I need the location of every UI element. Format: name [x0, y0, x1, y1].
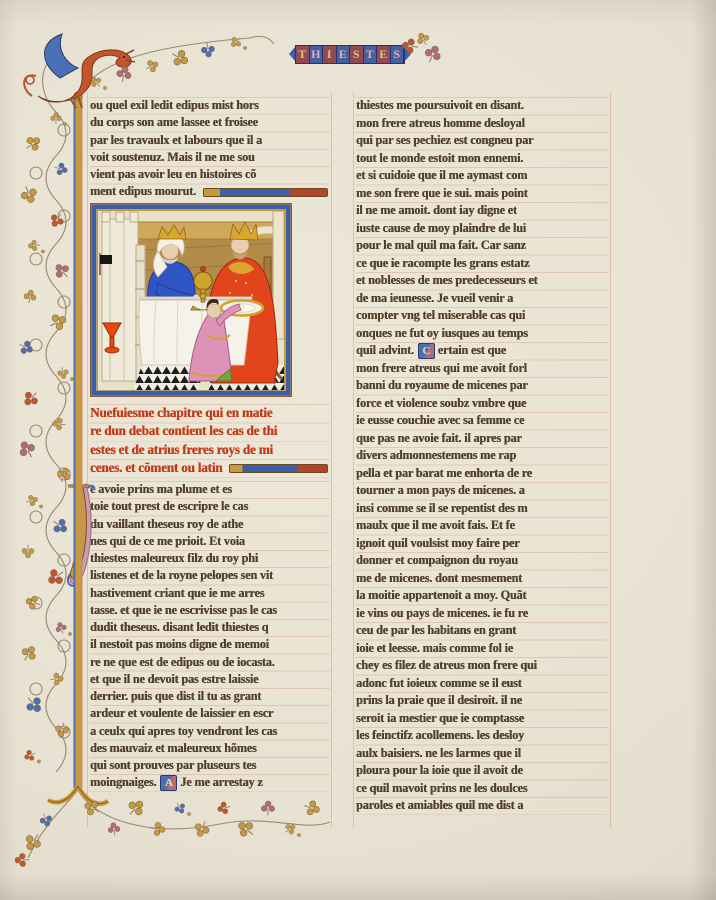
text-line: et que il ne devoit pas estre laissie	[90, 671, 330, 688]
text-line-part: quil advint.	[356, 342, 414, 360]
text-line: ardeur et voulente de laissier en escr	[90, 705, 330, 722]
title-letter: S	[391, 46, 405, 63]
column-rule	[331, 92, 332, 828]
text-line: ment edipus mourut.	[90, 183, 330, 200]
text-line: me son frere que ie sui. mais point	[356, 185, 608, 203]
text-line: listenes et de la royne pelopes sen vit	[90, 567, 330, 584]
text-line: e avoie prins ma plume et es	[90, 481, 330, 498]
text-line: toie tout prest de escripre le cas	[90, 498, 330, 515]
text-line: me de micenes. dont mesmement	[356, 570, 608, 588]
text-line: de ma ieunesse. Je vueil venir a	[356, 290, 608, 308]
rubric-line-part: cenes. et cõment ou latin	[90, 459, 222, 477]
column-rule	[87, 92, 88, 828]
text-line-part: ment edipus mourut.	[90, 183, 196, 200]
text-line: ce quil mavoit prins ne les doulces	[356, 780, 608, 798]
miniature-back-wall	[118, 239, 284, 325]
text-line: ie eusse couchie avec sa femme ce	[356, 412, 608, 430]
text-line: mon frere atreus homme desloyal	[356, 115, 608, 133]
miniature-flag	[100, 253, 112, 275]
rubric-line: estes et de atrius freres roys de mi	[90, 441, 330, 459]
text-line-part: Je me arrestay z	[180, 774, 262, 791]
miniature-canopy	[118, 211, 284, 339]
text-line: que pas ne avoie fait. il apres par	[356, 430, 608, 448]
text-line: tasse. et que ie ne escrivisse pas le ca…	[90, 602, 330, 619]
text-line: re ne que est de edipus ou de iocasta.	[90, 654, 330, 671]
left-column-opening: ou quel exil ledit edipus mist horsdu co…	[90, 97, 330, 201]
manuscript-page: THIESTES ou quel exil ledit edipus mist …	[0, 0, 716, 900]
text-line: du vaillant theseus roy de athe	[90, 516, 330, 533]
text-line: chey es filez de atreus mon frere qui	[356, 657, 608, 675]
title-letter: I	[323, 46, 337, 63]
right-column: thiestes me poursuivoit en disant.mon fr…	[356, 97, 608, 815]
text-line: ploura pour la ioie que il avoit de	[356, 762, 608, 780]
column-rule	[353, 92, 354, 828]
title-letter: E	[377, 46, 391, 63]
text-line: des mauvaiz et maleureux hõmes	[90, 740, 330, 757]
text-line: ioie et leesse. mais comme fol ie	[356, 640, 608, 658]
title-letter: S	[350, 46, 364, 63]
text-line: les feinctifz acollemens. les desloy	[356, 727, 608, 745]
text-line: seroit ia mestier que ie comptasse	[356, 710, 608, 728]
miniature-background	[98, 211, 284, 390]
text-line: qui sont prouves par pluseurs tes	[90, 757, 330, 774]
text-line: paroles et amiables quil me dist a	[356, 797, 608, 815]
text-line: par les travaulx et labours que il a	[90, 132, 330, 149]
text-line: quil advint. C ertain est que	[356, 342, 608, 360]
title-letter: H	[310, 46, 324, 63]
miniature-chalice	[191, 266, 215, 310]
text-line: la moitie appartenoit a moy. Quãt	[356, 587, 608, 605]
text-line: maulx que il me avoit fais. Et fe	[356, 517, 608, 535]
text-line: ce que ie racompte les grans estatz	[356, 255, 608, 273]
text-line: pella et par barat me enhorta de re	[356, 465, 608, 483]
title-letter: E	[337, 46, 351, 63]
title-letter-tiles: THIESTES	[295, 45, 405, 64]
rubric-line: cenes. et cõment ou latin	[90, 459, 330, 477]
line-filler-ornament	[203, 188, 328, 197]
title-letter: T	[296, 46, 310, 63]
text-line: voit soustenuz. Mais il ne me sou	[90, 149, 330, 166]
miniature-tower	[102, 212, 146, 381]
miniature-floor-left	[132, 365, 204, 393]
chapter-rubric: Nuefuiesme chapitre qui en matiere dun d…	[90, 404, 330, 478]
text-line: mon frere atreus qui me avoit forl	[356, 360, 608, 378]
miniature-servant	[189, 299, 241, 381]
text-line: aulx baisiers. ne les larmes que il	[356, 745, 608, 763]
text-line: thiestes maleureux filz du roy phi	[90, 550, 330, 567]
text-line: tourner a mon pays de micenes. a	[356, 482, 608, 500]
rubric-line: re dun debat contient les cas de thi	[90, 422, 330, 440]
text-line: thiestes me poursuivoit en disant.	[356, 97, 608, 115]
miniature-platter	[221, 301, 263, 316]
text-line: force et violence soubz vmbre que	[356, 395, 608, 413]
text-line: insi comme se il se repentist des m	[356, 500, 608, 518]
text-line: prins la praie que il desiroit. il ne	[356, 692, 608, 710]
text-line-part: ertain est que	[438, 342, 506, 360]
text-line: donner et compaignon du royau	[356, 552, 608, 570]
text-line: adonc fut ioieux comme se il eust	[356, 675, 608, 693]
miniature-floor-right	[208, 365, 284, 393]
running-title: THIESTES	[289, 44, 411, 64]
miniature-chair	[256, 257, 282, 383]
text-line: tout le monde estoit mon ennemi.	[356, 150, 608, 168]
text-line: derrier. puis que dist il tu as grant	[90, 688, 330, 705]
text-line: ignoit quil voulsist moy faire per	[356, 535, 608, 553]
text-line: compter vng tel miserable cas qui	[356, 307, 608, 325]
text-line: divers admonnestemens me rap	[356, 447, 608, 465]
miniature-king-left	[148, 225, 200, 303]
rubric-line: Nuefuiesme chapitre qui en matie	[90, 404, 330, 422]
text-line: et si cuidoie que il me aymast com	[356, 167, 608, 185]
text-line: iuste cause de moy plaindre de lui	[356, 220, 608, 238]
text-line: pour le mal quil ma fait. Car sanz	[356, 237, 608, 255]
text-line: banni du royaume de micenes par	[356, 377, 608, 395]
line-filler-ornament	[229, 464, 328, 473]
inline-illuminated-initial: C	[418, 343, 435, 359]
text-line: ceu de par les habitans en grant	[356, 622, 608, 640]
miniature-banquet-of-atreus-and-thyestes	[90, 203, 292, 397]
text-line: il ne me amoit. dont iay digne et	[356, 202, 608, 220]
text-line: hastivement criant que ie me arres	[90, 585, 330, 602]
text-line: vient pas avoir leu en histoires cõ	[90, 166, 330, 183]
text-line: a ceulx qui apres toy vendront les cas	[90, 723, 330, 740]
text-line-part: moingnaiges.	[90, 774, 156, 791]
text-line: et noblesses de mes predecesseurs et	[356, 272, 608, 290]
title-letter: T	[364, 46, 378, 63]
text-line: du corps son ame lassee et froisee	[90, 114, 330, 131]
text-line: onques ne fut oy iusques au temps	[356, 325, 608, 343]
miniature-king-right	[205, 222, 278, 383]
miniature-red-ewer	[103, 323, 121, 353]
text-line: dudit theseus. disant ledit thiestes q	[90, 619, 330, 636]
title-end-cap	[289, 47, 295, 61]
title-end-cap	[405, 47, 411, 61]
text-line: ou quel exil ledit edipus mist hors	[90, 97, 330, 114]
text-line: nes qui de ce me prioit. Et voia	[90, 533, 330, 550]
text-line: il nestoit pas moins digne de memoi	[90, 636, 330, 653]
inline-illuminated-initial: A	[160, 775, 177, 791]
miniature-table	[139, 297, 252, 365]
left-column-body: e avoie prins ma plume et estoie tout pr…	[90, 481, 330, 792]
column-rule	[610, 92, 611, 828]
text-line: ie vins ou pays de micenes. ie fu re	[356, 605, 608, 623]
text-line: moingnaiges. A Je me arrestay z	[90, 774, 330, 791]
text-line: qui par ses pechiez est congneu par	[356, 132, 608, 150]
